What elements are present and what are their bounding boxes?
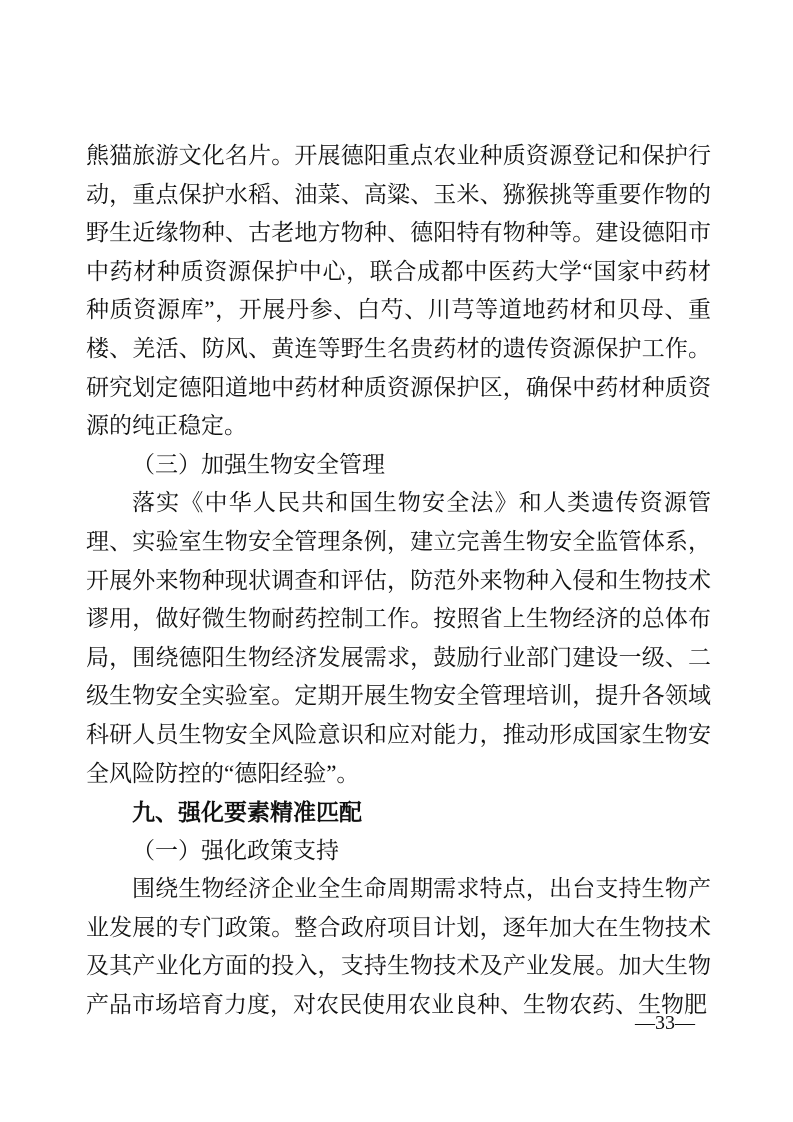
paragraph-biosafety: 落实《中华人民共和国生物安全法》和人类遗传资源管理、实验室生物安全管理条例，建立… bbox=[86, 484, 711, 793]
page-number: —33— bbox=[635, 1012, 695, 1034]
page-footer: —33— bbox=[635, 1008, 695, 1038]
paragraph-continuation: 熊猫旅游文化名片。开展德阳重点农业种质资源登记和保护行动，重点保护水稻、油菜、高… bbox=[86, 137, 711, 446]
subsection-heading-policy-support: （一）强化政策支持 bbox=[86, 832, 711, 871]
paragraph-policy-support: 围绕生物经济企业全生命周期需求特点，出台支持生物产业发展的专门政策。整合政府项目… bbox=[86, 870, 711, 1024]
subsection-heading-biosafety: （三）加强生物安全管理 bbox=[86, 446, 711, 485]
section-heading-nine: 九、强化要素精准匹配 bbox=[86, 793, 711, 832]
document-body: 熊猫旅游文化名片。开展德阳重点农业种质资源登记和保护行动，重点保护水稻、油菜、高… bbox=[86, 137, 711, 1025]
document-page: 熊猫旅游文化名片。开展德阳重点农业种质资源登记和保护行动，重点保护水稻、油菜、高… bbox=[0, 0, 793, 1122]
